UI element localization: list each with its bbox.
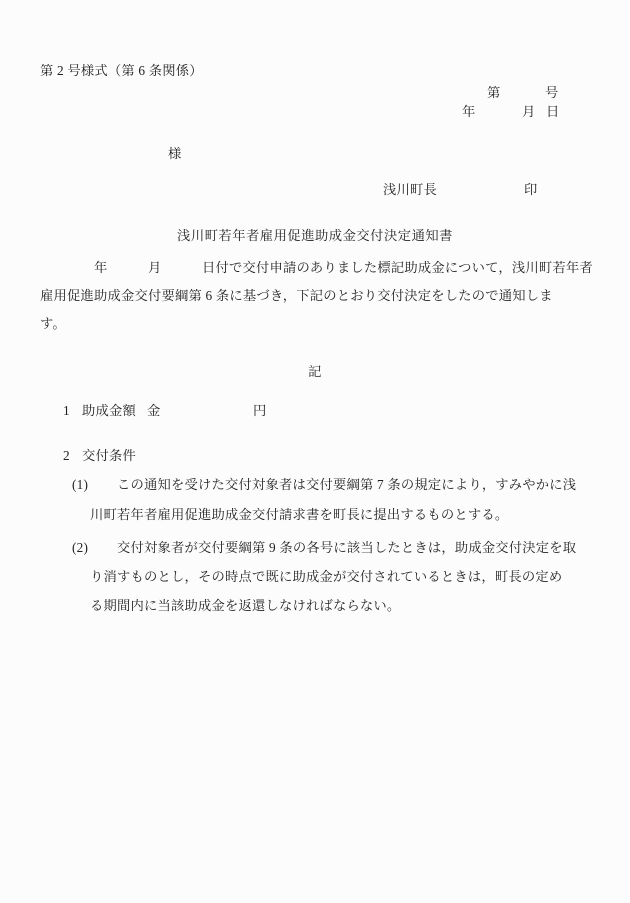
form-number-note: 第 2 号様式（第 6 条関係） bbox=[40, 64, 203, 77]
date-day-label: 日 bbox=[546, 105, 560, 118]
grant-conditions-label: 交付条件 bbox=[82, 449, 136, 462]
body-paragraph-line: す。 bbox=[40, 317, 66, 330]
body-paragraph-line: 年 月 日付で交付申請のありました標記助成金について，浅川町若年者 bbox=[40, 261, 593, 274]
sender-title: 浅川町長 bbox=[383, 183, 437, 196]
addressee-honorific: 様 bbox=[168, 147, 182, 160]
body-paragraph-line: 雇用促進助成金交付要綱第 6 条に基づき，下記のとおり交付決定をしたので通知しま bbox=[40, 289, 553, 302]
date-year-blank-field bbox=[430, 105, 458, 119]
sub-item-number: (2) bbox=[72, 541, 88, 554]
addressee-name-blank-field bbox=[60, 147, 164, 161]
currency-suffix: 円 bbox=[253, 404, 267, 417]
item-number: 1 bbox=[63, 404, 70, 417]
document-number-suffix: 号 bbox=[545, 86, 559, 99]
currency-prefix: 金 bbox=[147, 404, 161, 417]
grant-amount-label: 助成金額 bbox=[82, 404, 136, 417]
document-title: 浅川町若年者雇用促進助成金交付決定通知書 bbox=[0, 229, 630, 242]
sub-item-number: (1) bbox=[72, 478, 88, 491]
amount-blank-field bbox=[165, 404, 249, 418]
date-month-label: 月 bbox=[522, 105, 536, 118]
sub-item-text-line: り消すものとし，その時点で既に助成金が交付されているときは，町長の定め bbox=[90, 570, 562, 583]
sub-item-text-line: 川町若年者雇用促進助成金交付請求書を町長に提出するものとする。 bbox=[90, 508, 508, 521]
sub-item-text-line: この通知を受けた交付対象者は交付要綱第 7 条の規定により，すみやかに浅 bbox=[117, 478, 576, 491]
seal-placeholder: 印 bbox=[524, 183, 538, 196]
document-page: 第 2 号様式（第 6 条関係） 第 号 年 月 日 様 浅川町長 印 浅川町若… bbox=[0, 0, 630, 903]
document-number-prefix: 第 bbox=[487, 86, 501, 99]
date-month-blank-field bbox=[480, 105, 518, 119]
record-marker: 記 bbox=[0, 365, 630, 378]
document-number-blank-field bbox=[504, 86, 542, 100]
sub-item-text-line: る期間内に当該助成金を返還しなければならない。 bbox=[90, 599, 400, 612]
date-day-blank-field bbox=[537, 105, 544, 119]
date-year-label: 年 bbox=[462, 105, 476, 118]
sub-item-text-line: 交付対象者が交付要綱第 9 条の各号に該当したときは，助成金交付決定を取 bbox=[117, 541, 576, 554]
item-number: 2 bbox=[63, 449, 70, 462]
